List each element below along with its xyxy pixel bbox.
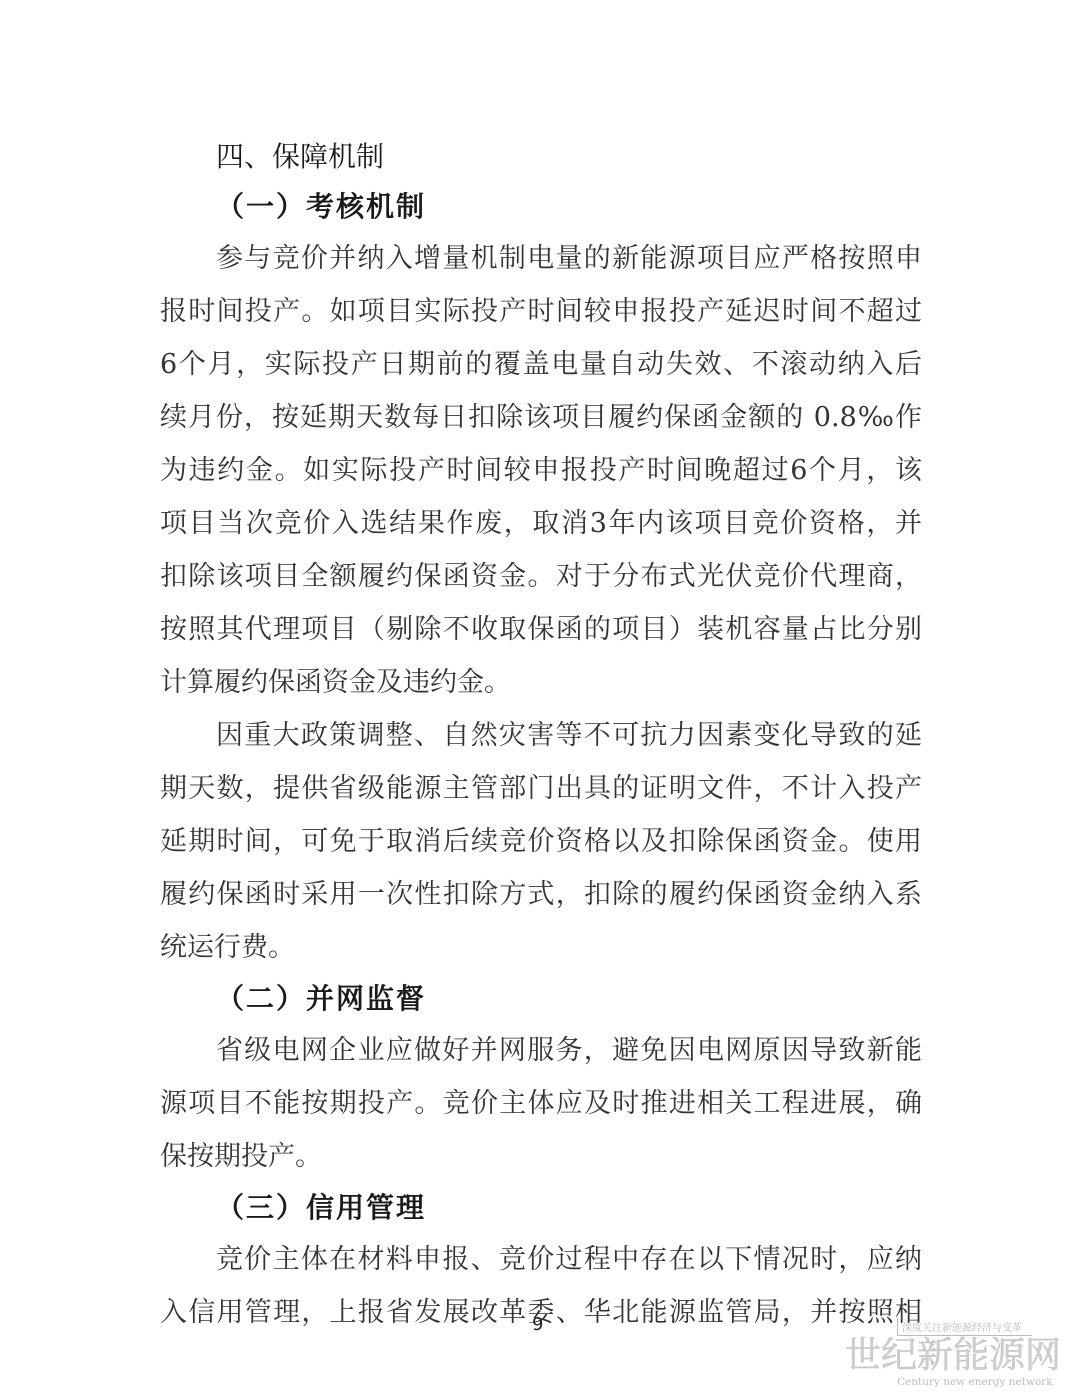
text-line: 续月份，按延期天数每日扣除该项目履约保函金额的 0.8‰作 <box>160 391 922 444</box>
text-line: 项目当次竞价入选结果作废，取消3年内该项目竞价资格，并 <box>160 497 922 550</box>
text-line: 延期时间，可免于取消后续竞价资格以及扣除保函资金。使用 <box>160 815 922 868</box>
watermark-subtitle: Century new energy network <box>897 1376 1075 1388</box>
text-line: 6个月，实际投产日期前的覆盖电量自动失效、不滚动纳入后 <box>160 338 922 391</box>
section-heading: 四、保障机制 <box>216 132 922 182</box>
text-line: 报时间投产。如项目实际投产时间较申报投产延迟时间不超过 <box>160 285 922 338</box>
watermark: 深度关注新能源经济与变革 世纪新能源网 Century new energy n… <box>845 1318 1075 1388</box>
text-line: 计算履约保函资金及违约金。 <box>160 656 922 709</box>
text-line: 统运行费。 <box>160 921 922 974</box>
text-line: 履约保函时采用一次性扣除方式，扣除的履约保函资金纳入系 <box>160 868 922 921</box>
text-line: 省级电网企业应做好并网服务，避免因电网原因导致新能 <box>160 1024 922 1077</box>
text-line: 竞价主体在材料申报、竞价过程中存在以下情况时，应纳 <box>160 1233 922 1286</box>
text-line: 按照其代理项目（剔除不收取保函的项目）装机容量占比分别 <box>160 603 922 656</box>
text-line: 源项目不能按期投产。竞价主体应及时推进相关工程进展，确 <box>160 1077 922 1130</box>
text-line: 参与竞价并纳入增量机制电量的新能源项目应严格按照申 <box>160 232 922 285</box>
page-number: 9 <box>532 1314 543 1335</box>
subsection-heading-grid-supervision: （二）并网监督 <box>216 974 922 1024</box>
text-line: 扣除该项目全额履约保函资金。对于分布式光伏竞价代理商， <box>160 550 922 603</box>
watermark-title: 世纪新能源网 <box>845 1336 1075 1376</box>
text-line: 保按期投产。 <box>160 1130 922 1183</box>
paragraph: 省级电网企业应做好并网服务，避免因电网原因导致新能 源项目不能按期投产。竞价主体… <box>160 1024 922 1183</box>
subsection-heading-credit-management: （三）信用管理 <box>216 1183 922 1233</box>
paragraph: 因重大政策调整、自然灾害等不可抗力因素变化导致的延 期天数，提供省级能源主管部门… <box>160 709 922 974</box>
text-line: 为违约金。如实际投产时间较申报投产时间晚超过6个月，该 <box>160 444 922 497</box>
text-line: 期天数，提供省级能源主管部门出具的证明文件，不计入投产 <box>160 762 922 815</box>
watermark-tagline: 深度关注新能源经济与变革 <box>897 1318 1032 1336</box>
paragraph: 参与竞价并纳入增量机制电量的新能源项目应严格按照申 报时间投产。如项目实际投产时… <box>160 232 922 709</box>
document-page: 四、保障机制 （一）考核机制 参与竞价并纳入增量机制电量的新能源项目应严格按照申… <box>160 132 922 1339</box>
text-line: 因重大政策调整、自然灾害等不可抗力因素变化导致的延 <box>160 709 922 762</box>
subsection-heading-assessment: （一）考核机制 <box>216 182 922 232</box>
